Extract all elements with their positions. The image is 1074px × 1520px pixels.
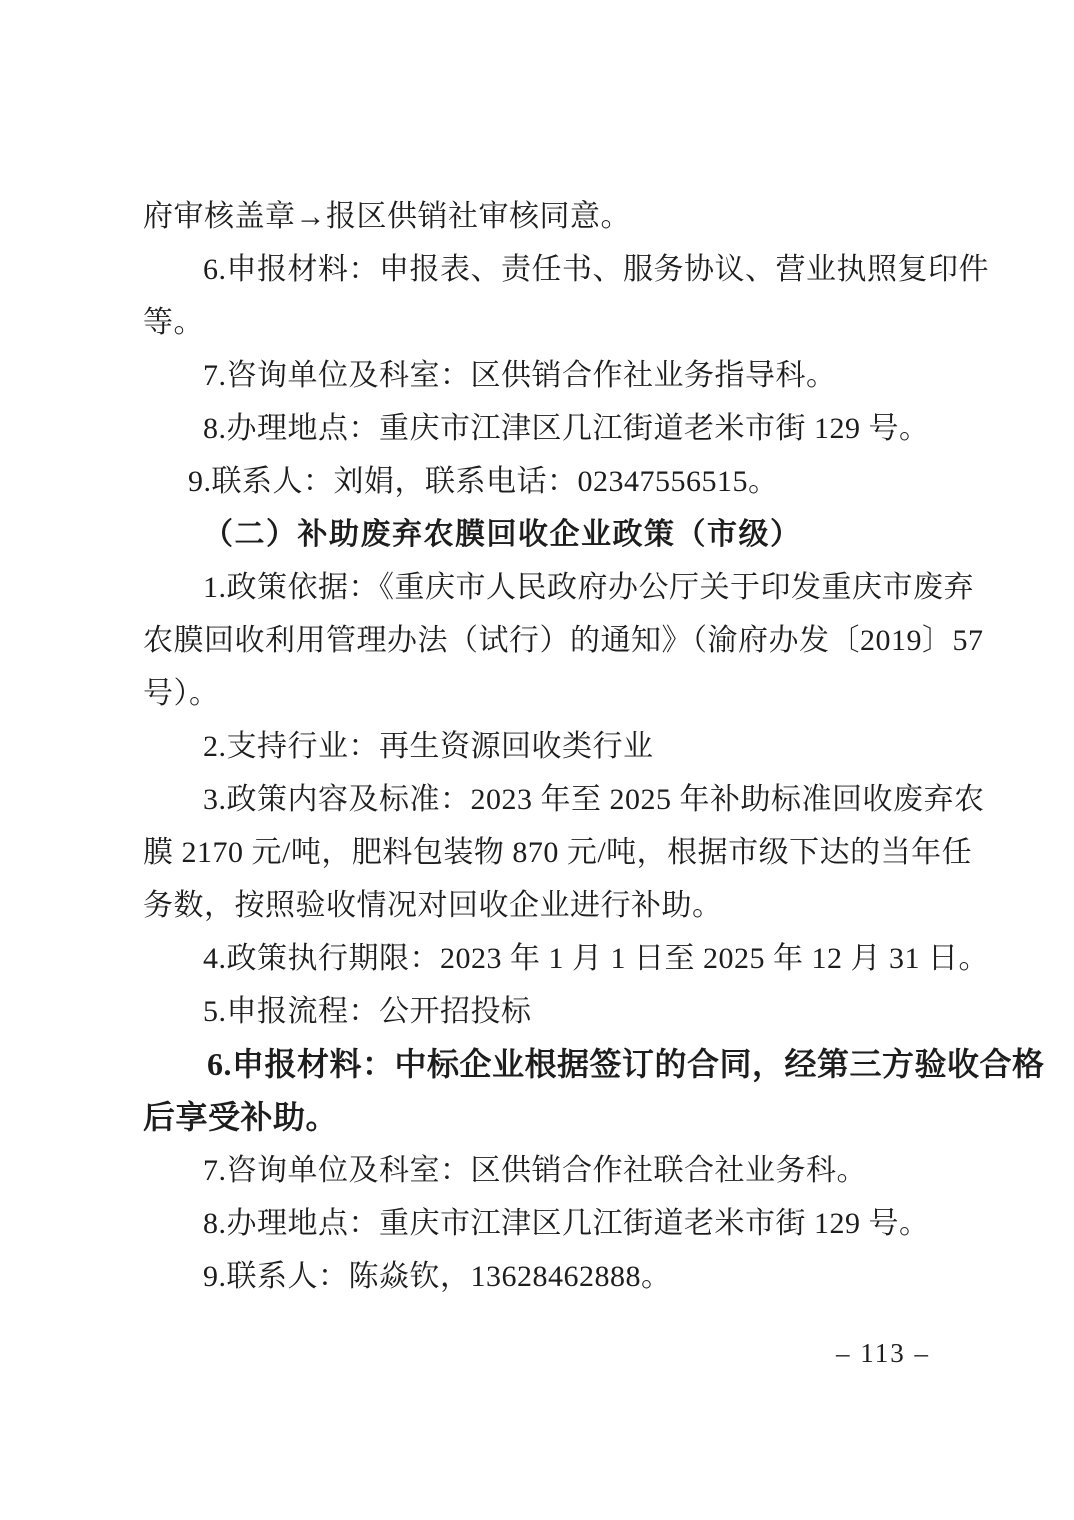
document-line: 农膜回收利用管理办法（试行）的通知》（渝府办发〔2019〕57: [143, 614, 953, 667]
document-line: 等。: [143, 296, 953, 349]
document-line: 号）。: [143, 667, 953, 720]
document-line: 府审核盖章→报区供销社审核同意。: [143, 190, 953, 243]
document-line: 膜 2170 元/吨，肥料包装物 870 元/吨，根据市级下达的当年任: [143, 826, 953, 879]
document-page: 府审核盖章→报区供销社审核同意。6.申报材料：申报表、责任书、服务协议、营业执照…: [0, 0, 1074, 1520]
document-line: 7.咨询单位及科室：区供销合作社业务指导科。: [143, 349, 953, 402]
document-line: 9.联系人：刘娟，联系电话：02347556515。: [143, 455, 953, 508]
document-line: 4.政策执行期限：2023 年 1 月 1 日至 2025 年 12 月 31 …: [143, 932, 953, 985]
document-line: 后享受补助。: [143, 1091, 953, 1144]
document-line: 3.政策内容及标准：2023 年至 2025 年补助标准回收废弃农: [143, 773, 953, 826]
document-line: 6.申报材料：申报表、责任书、服务协议、营业执照复印件: [143, 243, 953, 296]
document-line: 2.支持行业：再生资源回收类行业: [143, 720, 953, 773]
document-line: 5.申报流程：公开招投标: [143, 985, 953, 1038]
page-number: – 113 –: [836, 1336, 930, 1370]
document-body: 府审核盖章→报区供销社审核同意。6.申报材料：申报表、责任书、服务协议、营业执照…: [143, 190, 953, 1303]
document-line: 1.政策依据：《重庆市人民政府办公厅关于印发重庆市废弃: [143, 561, 953, 614]
document-line: 8.办理地点：重庆市江津区几江街道老米市街 129 号。: [143, 402, 953, 455]
document-line: 务数，按照验收情况对回收企业进行补助。: [143, 879, 953, 932]
document-line: 8.办理地点：重庆市江津区几江街道老米市街 129 号。: [143, 1197, 953, 1250]
document-line: 9.联系人：陈焱钦，13628462888。: [143, 1250, 953, 1303]
document-line: 6.申报材料：中标企业根据签订的合同，经第三方验收合格: [143, 1038, 953, 1091]
document-line: 7.咨询单位及科室：区供销合作社联合社业务科。: [143, 1144, 953, 1197]
section-heading: （二）补助废弃农膜回收企业政策（市级）: [143, 508, 953, 561]
